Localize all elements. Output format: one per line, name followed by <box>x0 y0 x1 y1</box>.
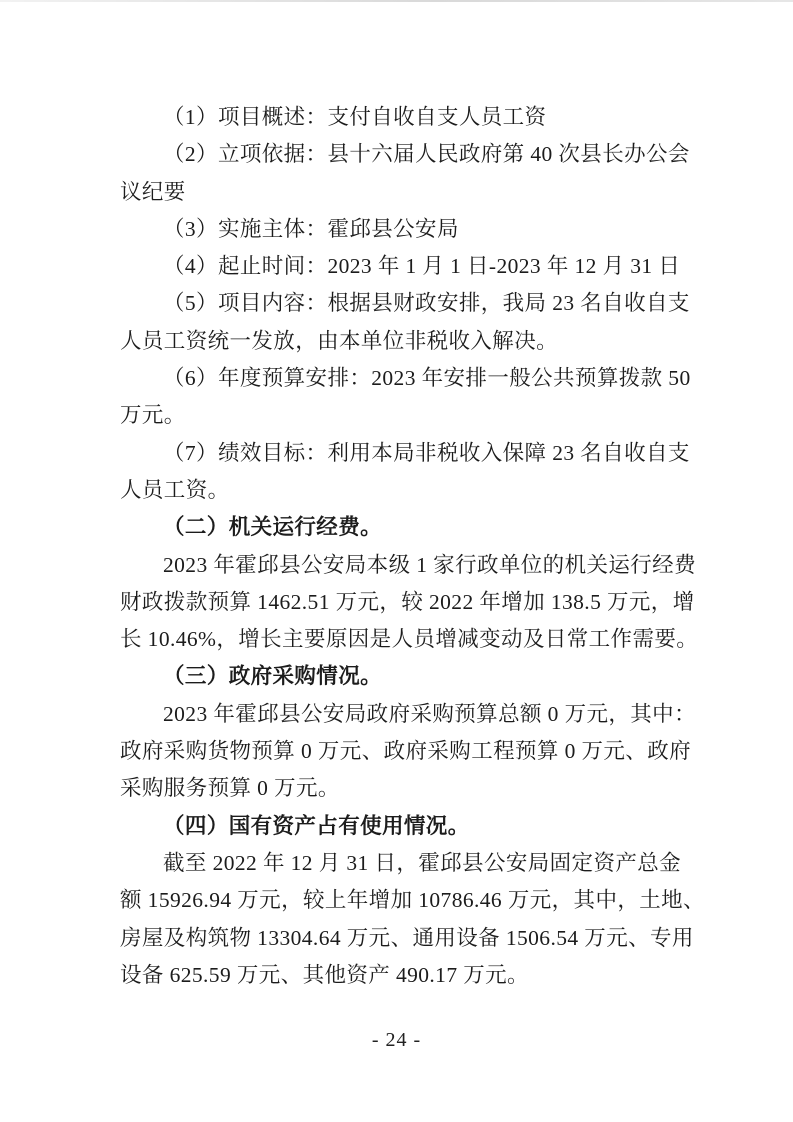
doc-line-section2-p1: 2023 年霍邱县公安局本级 1 家行政单位的机关运行经费 <box>120 547 676 584</box>
doc-line-section2-p3: 长 10.46%，增长主要原因是人员增减变动及日常工作需要。 <box>120 621 676 658</box>
doc-line-section3-p2: 政府采购货物预算 0 万元、政府采购工程预算 0 万元、政府 <box>120 733 676 770</box>
doc-line-section4-p2: 额 15926.94 万元，较上年增加 10786.46 万元，其中，土地、 <box>120 882 676 919</box>
page-number: - 24 - <box>0 1026 793 1054</box>
doc-line-item2: （2）立项依据：县十六届人民政府第 40 次县长办公会 <box>120 136 676 173</box>
section-heading-3: （三）政府采购情况。 <box>120 658 676 695</box>
doc-line-item2-cont: 议纪要 <box>120 174 676 211</box>
section-heading-2: （二）机关运行经费。 <box>120 509 676 546</box>
doc-line-item5-cont: 人员工资统一发放，由本单位非税收入解决。 <box>120 323 676 360</box>
doc-line-item1: （1）项目概述：支付自收自支人员工资 <box>120 99 676 136</box>
doc-line-item5: （5）项目内容：根据县财政安排，我局 23 名自收自支 <box>120 285 676 322</box>
doc-line-item7: （7）绩效目标：利用本局非税收入保障 23 名自收自支 <box>120 435 676 472</box>
document-text-block: （1）项目概述：支付自收自支人员工资 （2）立项依据：县十六届人民政府第 40 … <box>120 99 676 994</box>
doc-line-section4-p3: 房屋及构筑物 13304.64 万元、通用设备 1506.54 万元、专用 <box>120 920 676 957</box>
doc-line-section3-p1: 2023 年霍邱县公安局政府采购预算总额 0 万元，其中： <box>120 696 676 733</box>
section-heading-4: （四）国有资产占有使用情况。 <box>120 808 676 845</box>
doc-line-section4-p4: 设备 625.59 万元、其他资产 490.17 万元。 <box>120 957 676 994</box>
doc-line-section3-p3: 采购服务预算 0 万元。 <box>120 770 676 807</box>
doc-line-item3: （3）实施主体：霍邱县公安局 <box>120 211 676 248</box>
doc-line-section4-p1: 截至 2022 年 12 月 31 日，霍邱县公安局固定资产总金 <box>120 845 676 882</box>
scan-top-edge <box>0 0 793 2</box>
doc-line-item6-cont: 万元。 <box>120 397 676 434</box>
doc-line-section2-p2: 财政拨款预算 1462.51 万元，较 2022 年增加 138.5 万元，增 <box>120 584 676 621</box>
doc-line-item7-cont: 人员工资。 <box>120 472 676 509</box>
doc-line-item4: （4）起止时间：2023 年 1 月 1 日-2023 年 12 月 31 日 <box>120 248 676 285</box>
doc-line-item6: （6）年度预算安排：2023 年安排一般公共预算拨款 50 <box>120 360 676 397</box>
